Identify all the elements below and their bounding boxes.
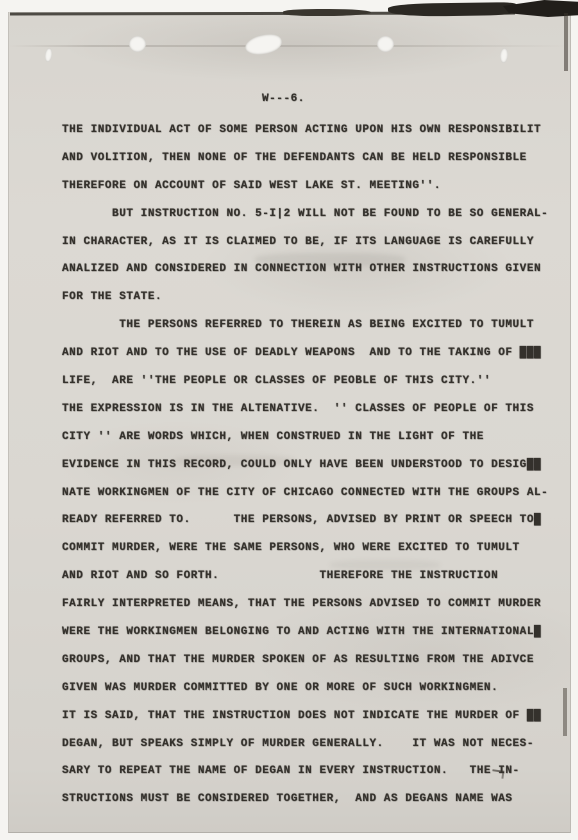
- typed-line: THE PERSONS REFERRED TO THEREIN AS BEING…: [62, 312, 548, 340]
- torn-edge-right-lower: [563, 688, 567, 736]
- typed-line: STRUCTIONS MUST BE CONSIDERED TOGETHER, …: [62, 786, 548, 814]
- page-number-header: W---6.: [262, 93, 305, 105]
- typed-line: SARY TO REPEAT THE NAME OF DEGAN IN EVER…: [62, 758, 548, 786]
- torn-edge-top-right: [388, 2, 516, 17]
- typed-line: BUT INSTRUCTION NO. 5-I|2 WILL NOT BE FO…: [62, 201, 548, 229]
- typed-line: AND RIOT AND SO FORTH. THEREFORE THE INS…: [62, 563, 548, 591]
- typed-line: GROUPS, AND THAT THE MURDER SPOKEN OF AS…: [62, 647, 548, 675]
- typed-line: AND RIOT AND TO THE USE OF DEADLY WEAPON…: [62, 340, 548, 368]
- typed-line: DEGAN, BUT SPEAKS SIMPLY OF MURDER GENER…: [62, 731, 548, 759]
- typed-lines: THE INDIVIDUAL ACT OF SOME PERSON ACTING…: [62, 117, 548, 814]
- typed-line: IT IS SAID, THAT THE INSTRUCTION DOES NO…: [62, 703, 548, 731]
- typed-line: EVIDENCE IN THIS RECORD, COULD ONLY HAVE…: [62, 452, 548, 480]
- typed-line: FAIRLY INTERPRETED MEANS, THAT THE PERSO…: [62, 591, 548, 619]
- typed-line: COMMIT MURDER, WERE THE SAME PERSONS, WH…: [62, 535, 548, 563]
- typed-line: THE EXPRESSION IS IN THE ALTENATIVE. '' …: [62, 396, 548, 424]
- typed-line: CITY '' ARE WORDS WHICH, WHEN CONSTRUED …: [62, 424, 548, 452]
- typed-line: NATE WORKINGMEN OF THE CITY OF CHICAGO C…: [62, 480, 548, 508]
- typed-line: GIVEN WAS MURDER COMMITTED BY ONE OR MOR…: [62, 675, 548, 703]
- typed-line: THEREFORE ON ACCOUNT OF SAID WEST LAKE S…: [62, 173, 548, 201]
- typed-line: LIFE, ARE ''THE PEOPLE OR CLASSES OF PEO…: [62, 368, 548, 396]
- punch-hole-left: [129, 36, 146, 52]
- torn-edge-right: [564, 13, 568, 71]
- typed-line: READY REFERRED TO. THE PERSONS, ADVISED …: [62, 507, 548, 535]
- typed-line: FOR THE STATE.: [62, 284, 548, 312]
- typed-line: ANALIZED AND CONSIDERED IN CONNECTION WI…: [62, 256, 548, 284]
- typed-line: AND VOLITION, THEN NONE OF THE DEFENDANT…: [62, 145, 548, 173]
- typed-line: WERE THE WORKINGMEN BELONGING TO AND ACT…: [62, 619, 548, 647]
- typed-line: THE INDIVIDUAL ACT OF SOME PERSON ACTING…: [62, 117, 548, 145]
- punch-hole-right: [377, 36, 394, 52]
- typed-line: IN CHARACTER, AS IT IS CLAIMED TO BE, IF…: [62, 229, 548, 257]
- paper-crease: [9, 45, 567, 47]
